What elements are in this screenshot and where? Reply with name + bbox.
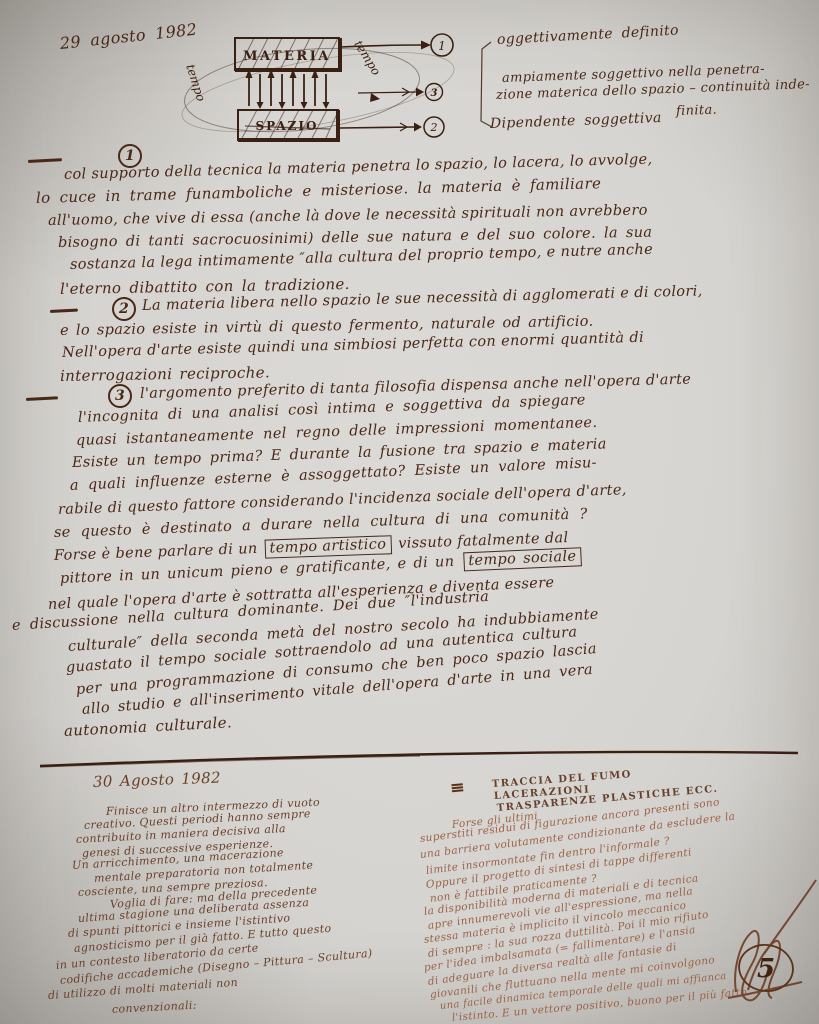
date-29-agosto-1982: 29 agosto 1982 [59, 22, 198, 52]
annotation-2: Dipendente soggettiva [490, 111, 662, 131]
page-number: 5 [757, 954, 775, 984]
manuscript-page: MATERIA SPAZIO tempo tempo 1 3 2 29 agos… [0, 0, 819, 1024]
handwriting-line: interrogazioni reciproche. [60, 365, 270, 384]
handwriting-layer: 29 agosto 1982oggettivamente definitoamp… [0, 0, 819, 1024]
handwriting-line: convenzionali: [112, 1000, 197, 1015]
boxed-term: tempo sociale [463, 547, 582, 571]
annotation-1: oggettivamente definito [497, 23, 680, 47]
margin-dash-2 [50, 309, 78, 313]
boxed-term: tempo artistico [264, 535, 391, 558]
text-run: Forse è bene parlare di un [54, 541, 263, 564]
margin-dash-1 [28, 158, 62, 163]
margin-dash-3 [26, 396, 58, 401]
handwriting-line: all'uomo, che vive di essa (anche là dov… [48, 204, 648, 229]
paragraph-number-2: 2 [112, 297, 136, 321]
page-number-area: 5 [698, 870, 819, 1024]
handwriting-line: autonomia culturale. [64, 715, 233, 739]
paragraph-number-3: 3 [108, 384, 132, 408]
triple-dash-marker: ≡ [449, 779, 466, 798]
date-30-agosto-1982: 30 Agosto 1982 [93, 771, 221, 790]
annotation-3-line3: finita. [676, 104, 717, 118]
